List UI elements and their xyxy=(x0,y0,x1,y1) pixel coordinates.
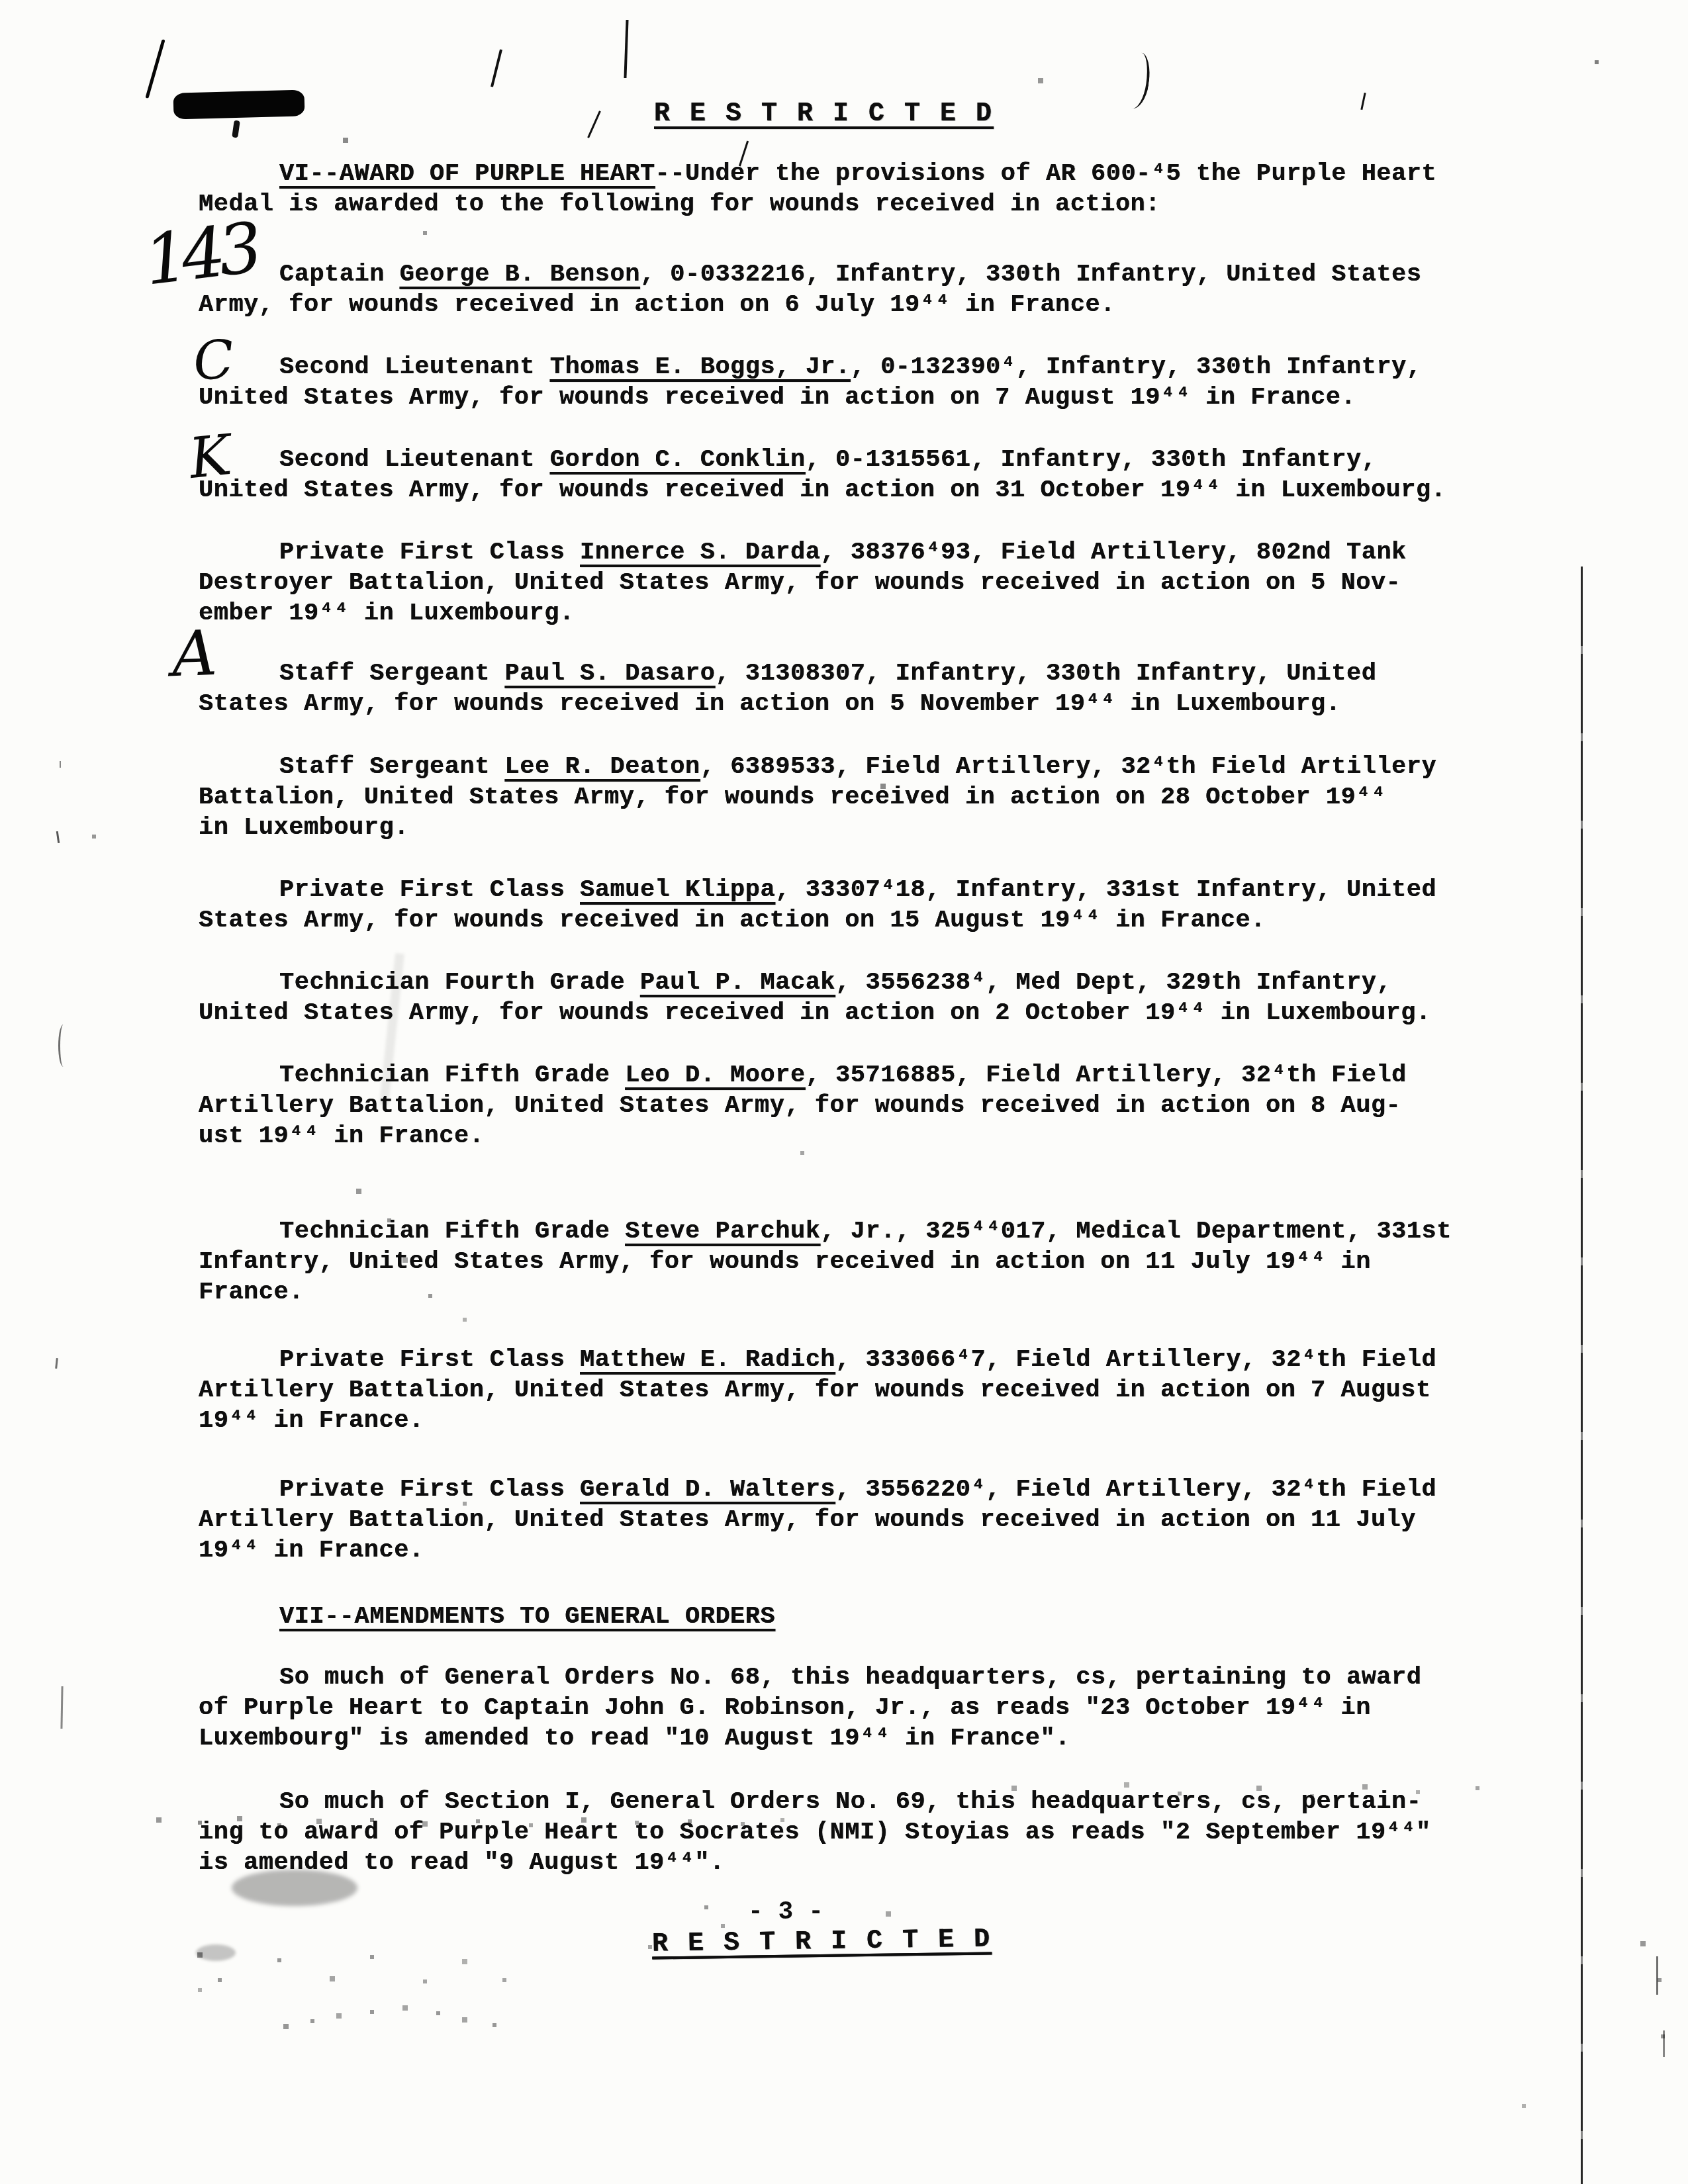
classification-header: R E S T R I C T E D xyxy=(654,99,994,129)
text-segment: , 31308307, Infantry, 330th Infantry, Un… xyxy=(715,660,1376,688)
section-heading-amendments: VII--AMENDMENTS TO GENERAL ORDERS xyxy=(199,1602,1536,1632)
text-segment: Army, for wounds received in action on 6… xyxy=(199,291,1115,319)
text-line: Private First Class Matthew E. Radich, 3… xyxy=(199,1345,1536,1375)
text-line: Staff Sergeant Lee R. Deaton, 6389533, F… xyxy=(199,752,1536,782)
margin-scan-mark xyxy=(60,761,61,768)
text-line: Private First Class Innerce S. Darda, 38… xyxy=(199,537,1536,568)
award-entry-dasaro: Staff Sergeant Paul S. Dasaro, 31308307,… xyxy=(199,659,1536,719)
text-segment: Captain xyxy=(279,261,400,289)
text-line: Private First Class Samuel Klippa, 33307… xyxy=(199,875,1536,905)
ink-smudge-drip xyxy=(232,120,240,138)
text-line: 19⁴⁴ in France. xyxy=(199,1406,1536,1436)
text-segment: is amended to read "9 August 19⁴⁴". xyxy=(199,1849,725,1877)
text-segment: Private First Class xyxy=(279,539,580,567)
text-segment: Artillery Battalion, United States Army,… xyxy=(199,1506,1416,1534)
underlined-text: Gordon C. Conklin xyxy=(550,446,806,474)
text-segment: Battalion, United States Army, for wound… xyxy=(199,784,1386,811)
text-line: France. xyxy=(199,1277,1536,1308)
text-line: So much of General Orders No. 68, this h… xyxy=(199,1662,1536,1693)
text-line: Army, for wounds received in action on 6… xyxy=(199,290,1536,320)
text-line: Battalion, United States Army, for wound… xyxy=(199,782,1536,813)
text-line: So much of Section I, General Orders No.… xyxy=(199,1787,1536,1817)
text-segment: Technician Fourth Grade xyxy=(279,969,640,997)
text-segment: , 0-0332216, Infantry, 330th Infantry, U… xyxy=(640,261,1422,289)
text-segment: Second Lieutenant xyxy=(279,446,550,474)
text-line: ing to award of Purple Heart to Socrates… xyxy=(199,1817,1536,1848)
underlined-text: Steve Parchuk xyxy=(625,1218,820,1246)
text-line: United States Army, for wounds received … xyxy=(199,475,1536,506)
award-entry-darda: Private First Class Innerce S. Darda, 38… xyxy=(199,537,1536,629)
text-line: States Army, for wounds received in acti… xyxy=(199,905,1536,936)
section-heading-award-of-purple-heart: VI--AWARD OF PURPLE HEART--Under the pro… xyxy=(199,159,1536,220)
award-entry-deaton: Staff Sergeant Lee R. Deaton, 6389533, F… xyxy=(199,752,1536,843)
text-line: Destroyer Battalion, United States Army,… xyxy=(199,568,1536,598)
text-segment: , 3556238⁴, Med Dept, 329th Infantry, xyxy=(835,969,1391,997)
text-segment: United States Army, for wounds received … xyxy=(199,999,1431,1027)
text-segment: Medal is awarded to the following for wo… xyxy=(199,191,1160,218)
stray-pen-stroke xyxy=(1360,93,1366,110)
text-segment: in Luxembourg. xyxy=(199,814,409,842)
text-segment: Technician Fifth Grade xyxy=(279,1218,625,1246)
text-line: Private First Class Gerald D. Walters, 3… xyxy=(199,1475,1536,1505)
text-segment: Private First Class xyxy=(279,1346,580,1374)
award-entry-walters: Private First Class Gerald D. Walters, 3… xyxy=(199,1475,1536,1566)
text-line: United States Army, for wounds received … xyxy=(199,998,1536,1028)
text-segment: Staff Sergeant xyxy=(279,660,505,688)
ink-smudge xyxy=(173,89,305,119)
margin-scan-mark xyxy=(55,1358,58,1369)
text-line: Technician Fourth Grade Paul P. Macak, 3… xyxy=(199,968,1536,998)
text-line: VI--AWARD OF PURPLE HEART--Under the pro… xyxy=(199,159,1536,189)
underlined-text: Paul P. Macak xyxy=(640,969,835,997)
ink-smudge-tail xyxy=(145,39,165,99)
underlined-text: Innerce S. Darda xyxy=(580,539,820,567)
text-segment: Technician Fifth Grade xyxy=(279,1062,625,1089)
underlined-text: VI--AWARD OF PURPLE HEART xyxy=(279,160,655,188)
award-entry-macak: Technician Fourth Grade Paul P. Macak, 3… xyxy=(199,968,1536,1028)
stray-pen-stroke xyxy=(587,111,601,138)
text-line: Captain George B. Benson, 0-0332216, Inf… xyxy=(199,259,1536,290)
text-segment: So much of Section I, General Orders No.… xyxy=(279,1788,1421,1816)
noise-blotch xyxy=(196,1944,236,1961)
text-segment: Luxembourg" is amended to read "10 Augus… xyxy=(199,1725,1070,1752)
text-segment: of Purple Heart to Captain John G. Robin… xyxy=(199,1694,1371,1722)
text-line: Technician Fifth Grade Steve Parchuk, Jr… xyxy=(199,1216,1536,1247)
text-segment: 19⁴⁴ in France. xyxy=(199,1407,424,1435)
scanned-document-page: R E S T R I C T E D 143 C K A VI--AWARD … xyxy=(0,0,1688,2184)
amendment-entry-stoyias: So much of Section I, General Orders No.… xyxy=(199,1787,1536,1878)
text-segment: Second Lieutenant xyxy=(279,353,550,381)
page-number: - 3 - xyxy=(748,1898,823,1927)
text-line: Second Lieutenant Thomas E. Boggs, Jr., … xyxy=(199,352,1536,383)
text-segment: --Under the provisions of AR 600-⁴5 the … xyxy=(655,160,1437,188)
underlined-text: Matthew E. Radich xyxy=(580,1346,835,1374)
award-entry-parchuk: Technician Fifth Grade Steve Parchuk, Jr… xyxy=(199,1216,1536,1308)
margin-scan-mark xyxy=(58,1024,73,1067)
text-segment: , 35716885, Field Artillery, 32⁴th Field xyxy=(806,1062,1407,1089)
award-entry-benson: Captain George B. Benson, 0-0332216, Inf… xyxy=(199,259,1536,320)
margin-scan-mark xyxy=(60,1686,63,1729)
text-line: is amended to read "9 August 19⁴⁴". xyxy=(199,1848,1536,1878)
text-segment: , 38376⁴93, Field Artillery, 802nd Tank xyxy=(820,539,1406,567)
text-segment: France. xyxy=(199,1279,304,1306)
text-segment: , 333066⁴7, Field Artillery, 32⁴th Field xyxy=(835,1346,1436,1374)
text-line: Second Lieutenant Gordon C. Conklin, 0-1… xyxy=(199,445,1536,475)
text-segment: Staff Sergeant xyxy=(279,753,505,781)
text-segment: United States Army, for wounds received … xyxy=(199,384,1356,412)
text-segment: Artillery Battalion, United States Army,… xyxy=(199,1377,1431,1404)
amendment-entry-robinson: So much of General Orders No. 68, this h… xyxy=(199,1662,1536,1754)
award-entry-boggs: Second Lieutenant Thomas E. Boggs, Jr., … xyxy=(199,352,1536,413)
text-line: Artillery Battalion, United States Army,… xyxy=(199,1091,1536,1121)
text-segment: , 0-1315561, Infantry, 330th Infantry, xyxy=(806,446,1377,474)
underlined-text: Lee R. Deaton xyxy=(505,753,700,781)
text-segment: Infantry, United States Army, for wounds… xyxy=(199,1248,1371,1276)
scan-edge-line xyxy=(1581,567,1583,2184)
text-segment: So much of General Orders No. 68, this h… xyxy=(279,1664,1421,1692)
text-segment: Destroyer Battalion, United States Army,… xyxy=(199,569,1401,597)
underlined-text: George B. Benson xyxy=(400,261,640,289)
text-segment: ember 19⁴⁴ in Luxembourg. xyxy=(199,600,575,627)
stray-curve-mark xyxy=(1112,50,1152,111)
text-line: Staff Sergeant Paul S. Dasaro, 31308307,… xyxy=(199,659,1536,689)
text-line: 19⁴⁴ in France. xyxy=(199,1535,1536,1566)
text-segment: 19⁴⁴ in France. xyxy=(199,1537,424,1565)
text-line: Infantry, United States Army, for wounds… xyxy=(199,1247,1536,1277)
underlined-text: Gerald D. Walters xyxy=(580,1476,835,1504)
text-segment: , 33307⁴18, Infantry, 331st Infantry, Un… xyxy=(775,876,1436,904)
text-segment: States Army, for wounds received in acti… xyxy=(199,907,1266,934)
award-entry-radich: Private First Class Matthew E. Radich, 3… xyxy=(199,1345,1536,1436)
underlined-text: Samuel Klippa xyxy=(580,876,775,904)
text-segment: , 0-132390⁴, Infantry, 330th Infantry, xyxy=(851,353,1422,381)
margin-scan-mark xyxy=(56,831,60,843)
text-segment: States Army, for wounds received in acti… xyxy=(199,690,1340,718)
text-line: Artillery Battalion, United States Army,… xyxy=(199,1375,1536,1406)
text-line: of Purple Heart to Captain John G. Robin… xyxy=(199,1693,1536,1723)
text-line: ember 19⁴⁴ in Luxembourg. xyxy=(199,598,1536,629)
underlined-text: Leo D. Moore xyxy=(625,1062,805,1089)
scan-noise-specks xyxy=(0,0,3,3)
classification-footer: R E S T R I C T E D xyxy=(652,1925,992,1959)
award-entry-klippa: Private First Class Samuel Klippa, 33307… xyxy=(199,875,1536,936)
text-line: Medal is awarded to the following for wo… xyxy=(199,189,1536,220)
text-segment: ing to award of Purple Heart to Socrates… xyxy=(199,1819,1431,1846)
text-line: Artillery Battalion, United States Army,… xyxy=(199,1505,1536,1535)
text-segment: , 3556220⁴, Field Artillery, 32⁴th Field xyxy=(835,1476,1436,1504)
award-entry-conklin: Second Lieutenant Gordon C. Conklin, 0-1… xyxy=(199,445,1536,506)
text-line: VII--AMENDMENTS TO GENERAL ORDERS xyxy=(199,1602,1536,1632)
text-line: in Luxembourg. xyxy=(199,813,1536,843)
text-segment: , Jr., 325⁴⁴017, Medical Department, 331… xyxy=(820,1218,1452,1246)
stray-pen-stroke xyxy=(491,49,502,87)
text-line: States Army, for wounds received in acti… xyxy=(199,689,1536,719)
text-line: Technician Fifth Grade Leo D. Moore, 357… xyxy=(199,1060,1536,1091)
text-line: United States Army, for wounds received … xyxy=(199,383,1536,413)
scan-edge-mark xyxy=(1656,1956,1658,1995)
text-line: ust 19⁴⁴ in France. xyxy=(199,1121,1536,1152)
stray-pen-stroke xyxy=(624,20,628,78)
underlined-text: Thomas E. Boggs, Jr. xyxy=(550,353,851,381)
scan-edge-mark xyxy=(1663,2030,1665,2057)
award-entry-moore: Technician Fifth Grade Leo D. Moore, 357… xyxy=(199,1060,1536,1152)
text-segment: ust 19⁴⁴ in France. xyxy=(199,1122,484,1150)
text-segment: , 6389533, Field Artillery, 32⁴th Field … xyxy=(700,753,1436,781)
text-segment: United States Army, for wounds received … xyxy=(199,477,1446,504)
underlined-text: Paul S. Dasaro xyxy=(505,660,716,688)
underlined-text: VII--AMENDMENTS TO GENERAL ORDERS xyxy=(279,1603,775,1631)
text-segment: Private First Class xyxy=(279,876,580,904)
text-segment: Artillery Battalion, United States Army,… xyxy=(199,1092,1401,1120)
text-line: Luxembourg" is amended to read "10 Augus… xyxy=(199,1723,1536,1754)
text-segment: Private First Class xyxy=(279,1476,580,1504)
